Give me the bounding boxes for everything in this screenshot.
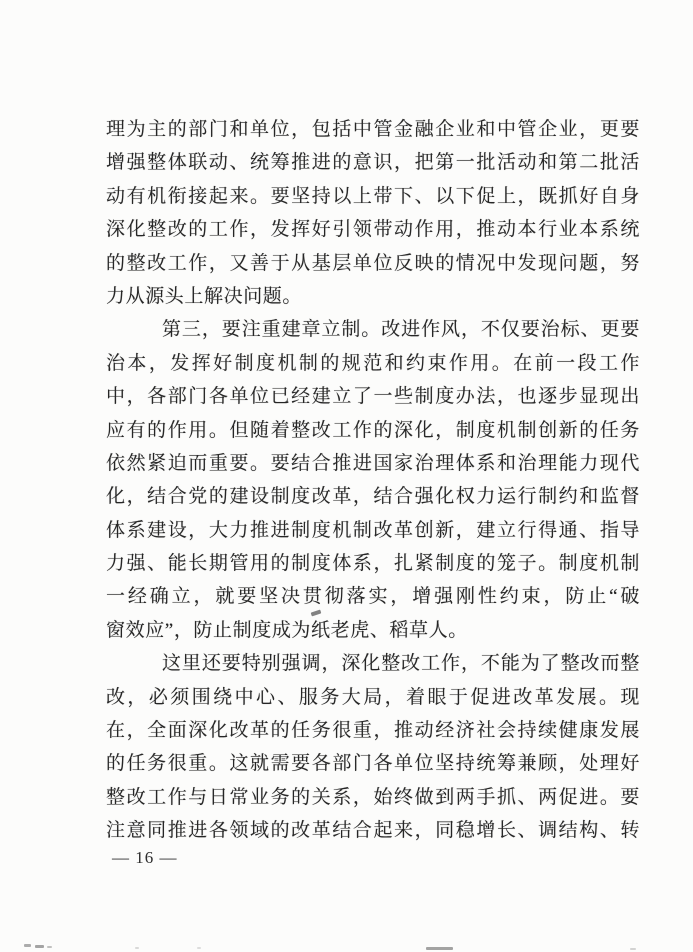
text-line: 依然紧迫而重要。要结合推进国家治理体系和治理能力现代 [106,447,640,480]
text-line: 的任务很重。这就需要各部门各单位坚持统筹兼顾，处理好 [106,747,640,780]
page-number: — 16 — [112,847,178,869]
text-line: 化，结合党的建设制度改革，结合强化权力运行制约和监督 [106,480,640,513]
text-line: 注意同推进各领域的改革结合起来，同稳增长、调结构、转 [106,814,640,847]
text-line: 理为主的部门和单位，包括中管金融企业和中管企业，更要 [106,113,640,146]
scanned-document-page: 理为主的部门和单位，包括中管金融企业和中管企业，更要增强整体联动、统筹推进的意识… [0,0,693,952]
text-line: 深化整改的工作，发挥好引领带动作用，推动本行业本系统 [106,213,640,246]
text-line: 的整改工作，又善于从基层单位反映的情况中发现问题，努 [106,247,640,280]
text-line: 中，各部门各单位已经建立了一些制度办法，也逐步显现出 [106,380,640,413]
text-line: 第三，要注重建章立制。改进作风，不仅要治标、更要 [106,313,640,346]
text-line: 窗效应”，防止制度成为纸老虎、稻草人。 [106,614,640,647]
scan-artifact [47,946,52,948]
text-line: 体系建设，大力推进制度机制改革创新，建立行得通、指导 [106,514,640,547]
body-text-block: 理为主的部门和单位，包括中管金融企业和中管企业，更要增强整体联动、统筹推进的意识… [106,113,640,848]
text-line: 动有机衔接起来。要坚持以上带下、以下促上，既抓好自身 [106,180,640,213]
scan-artifact [35,945,44,948]
text-line: 增强整体联动、统筹推进的意识，把第一批活动和第二批活 [106,146,640,179]
text-line: 在，全面深化改革的任务很重，推动经济社会持续健康发展 [106,714,640,747]
text-line: 力强、能长期管用的制度体系，扎紧制度的笼子。制度机制 [106,547,640,580]
text-line: 整改工作与日常业务的关系，始终做到两手抓、两促进。要 [106,781,640,814]
page-number-text: — 16 — [112,848,178,867]
scan-artifact [630,948,636,950]
scan-artifact [426,947,453,950]
text-line: 力从源头上解决问题。 [106,280,640,313]
text-line: 改，必须围绕中心、服务大局，着眼于促进改革发展。现 [106,681,640,714]
text-line: 这里还要特别强调，深化整改工作，不能为了整改而整 [106,647,640,680]
text-line: 一经确立，就要坚决贯彻落实，增强刚性约束，防止“破 [106,580,640,613]
scan-artifact [197,947,201,949]
scan-artifact [24,944,31,947]
scan-artifact [135,947,139,949]
text-line: 治本，发挥好制度机制的规范和约束作用。在前一段工作 [106,347,640,380]
text-line: 应有的作用。但随着整改工作的深化，制度机制创新的任务 [106,414,640,447]
